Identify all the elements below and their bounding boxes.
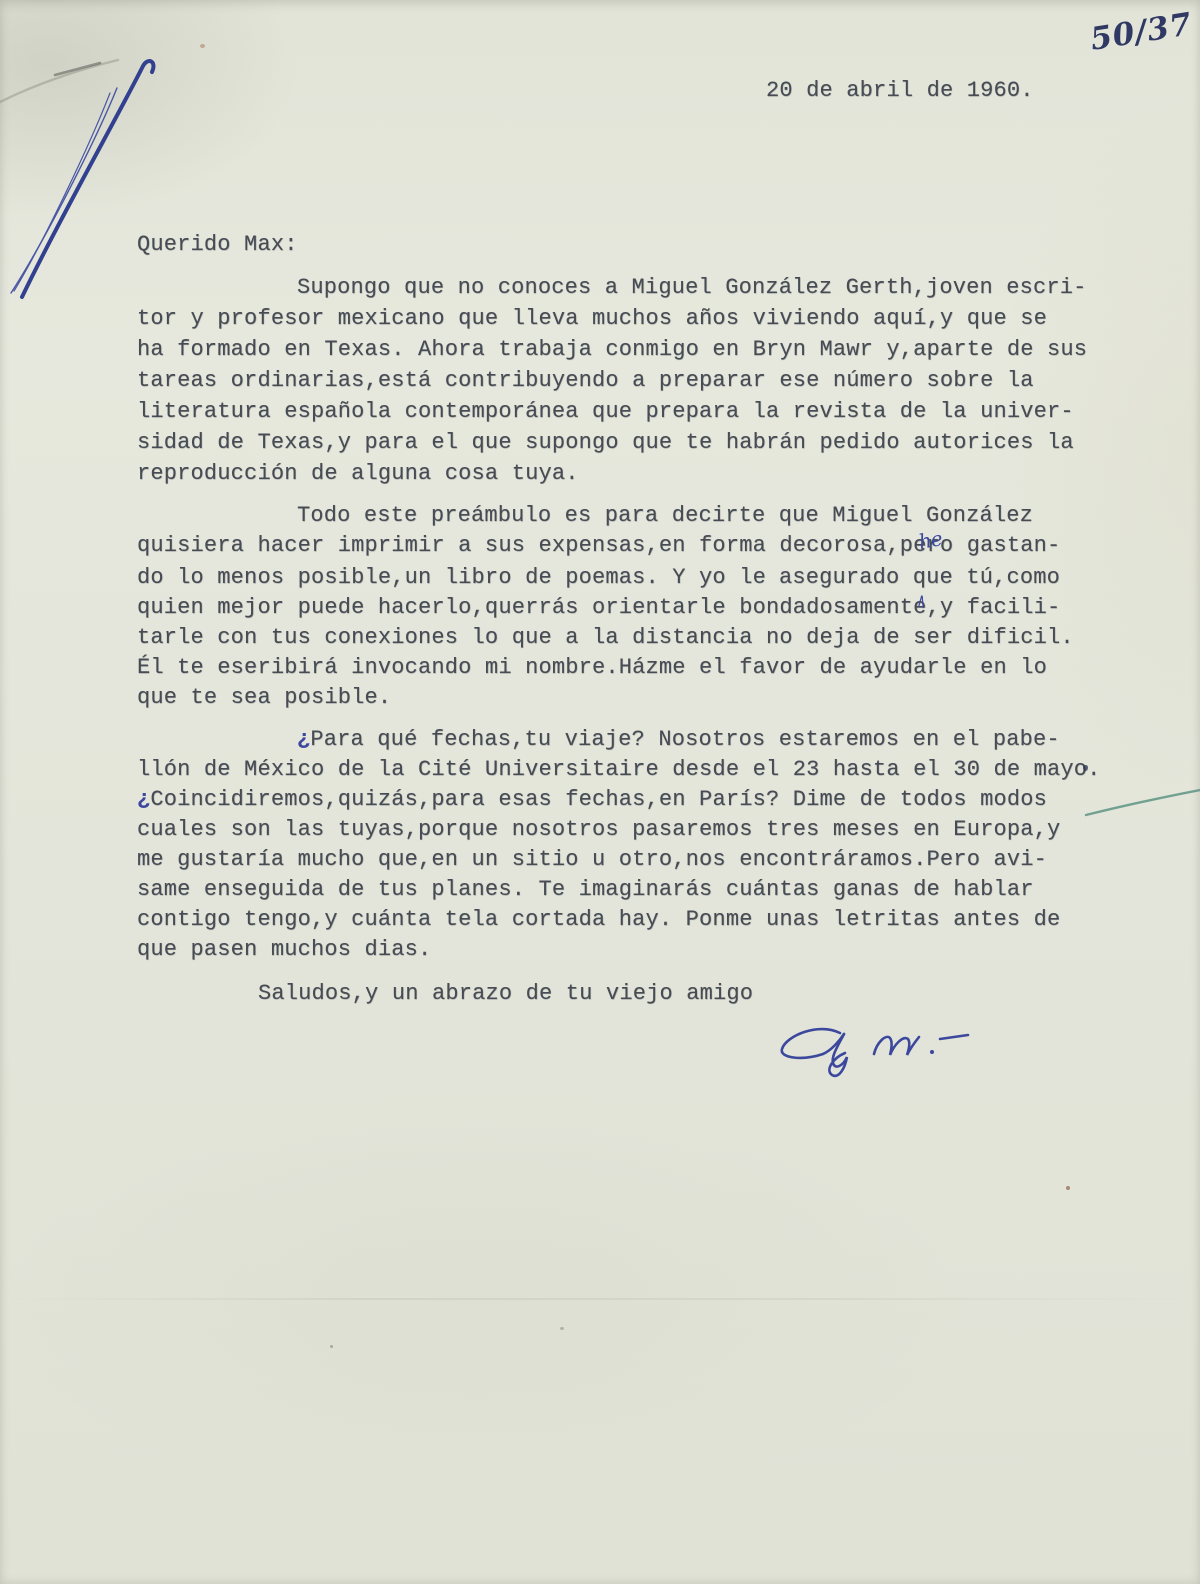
paragraph-1: Supongo que no conoces a Miguel González… bbox=[137, 272, 1137, 489]
paper-speck bbox=[330, 1345, 333, 1348]
salutation: Querido Max: bbox=[137, 232, 298, 257]
paragraph-2: Todo este preámbulo es para decirte que … bbox=[137, 501, 1137, 713]
handwritten-insertion: he∧ bbox=[766, 561, 779, 583]
date-line: 20 de abril de 1960. bbox=[766, 78, 1034, 103]
paragraph-3-text-2: Coincidiremos,quizás,para esas fechas,en… bbox=[137, 787, 1060, 962]
diagonal-pen-strokes-icon bbox=[0, 50, 185, 310]
ink-dot bbox=[1083, 765, 1088, 771]
archive-number-annotation: 50/37 bbox=[1088, 6, 1195, 58]
paper-speck bbox=[560, 1327, 564, 1330]
inverted-question-mark-2: ¿ bbox=[137, 787, 150, 812]
paper-speck bbox=[200, 44, 205, 48]
paragraph-3-text-1: Para qué fechas,tu viaje? Nosotros estar… bbox=[137, 727, 1101, 782]
paper-speck bbox=[1066, 1186, 1070, 1190]
closing-line: Saludos,y un abrazo de tu viejo amigo bbox=[258, 981, 753, 1006]
letter-page: 50/37 20 de abril de 1960. Querido Max: … bbox=[0, 0, 1200, 1584]
green-pencil-mark-icon bbox=[1078, 778, 1200, 828]
signature-scribble-icon bbox=[760, 1008, 1020, 1088]
paper-fold-line bbox=[0, 1298, 1200, 1300]
paragraph-3: ¿Para qué fechas,tu viaje? Nosotros esta… bbox=[137, 725, 1137, 965]
inverted-question-mark-1: ¿ bbox=[297, 727, 310, 752]
